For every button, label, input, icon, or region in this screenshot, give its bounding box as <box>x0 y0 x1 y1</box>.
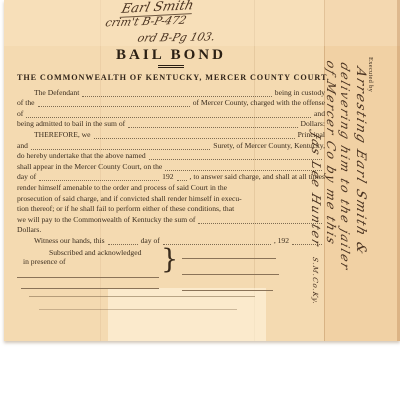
sheriff-title-abbrev: S.M.Co.Ky. <box>311 256 319 306</box>
form-line: tion thereof; or if he shall fail to per… <box>17 203 325 214</box>
title-rule <box>158 65 184 68</box>
printed-text: The Defendant <box>34 88 79 97</box>
return-script-line: delivering him to the jailer <box>338 61 353 306</box>
blank-fill-line <box>149 152 322 160</box>
printed-text: day of <box>141 236 160 245</box>
principal-signature-line <box>182 250 276 259</box>
brace-glyph: } <box>161 246 178 291</box>
form-line: andSurety, of Mercer County, Kentucky, <box>17 139 325 150</box>
printed-text: and <box>17 141 28 150</box>
sheriff-signature: Jas Lee Hunter <box>309 131 324 250</box>
subscribed-left: Subscribed and acknowledged in presence … <box>17 248 159 291</box>
scanned-document-page: Earl Smith crim't B-P-472 ord B-Pg 103. … <box>0 0 400 400</box>
form-line: prosecution of said charge, and if convi… <box>17 192 325 203</box>
printed-text: render himself amenable to the order and… <box>17 183 227 192</box>
bail-bond-form: BAIL BOND THE COMMONWEALTH OF KENTUCKY, … <box>17 47 325 310</box>
sheriffs-return-rotated: Executed by Arresting Earl Smith &delive… <box>299 55 400 303</box>
subscribed-block: Subscribed and acknowledged in presence … <box>17 248 325 291</box>
blank-fill-line <box>94 131 295 139</box>
court-header: THE COMMONWEALTH OF KENTUCKY, MERCER COU… <box>17 73 325 82</box>
form-line: THEREFORE, wePrincipal <box>17 128 325 139</box>
witness-signature-line <box>21 280 159 289</box>
printed-text: of the <box>17 98 35 107</box>
form-line: The Defendantbeing in custody <box>17 86 325 97</box>
form-line: shall appear in the Mercer County Court,… <box>17 160 325 171</box>
printed-text: shall appear in the Mercer County Court,… <box>17 162 162 171</box>
printed-text: we will pay to the Commonwealth of Kentu… <box>17 215 195 224</box>
printed-text: prosecution of said charge, and if convi… <box>17 194 242 203</box>
blank-fill-line <box>128 120 297 128</box>
surety-signature-line <box>182 266 279 275</box>
printed-text: being admitted to bail in the sum of <box>17 119 125 128</box>
executed-by-label: Executed by <box>367 57 374 303</box>
printed-text: day of <box>17 172 36 181</box>
blank-fill-line <box>177 173 187 181</box>
subscribed-text: Subscribed and acknowledged <box>49 248 159 257</box>
handwritten-order-reference: ord B-Pg 103. <box>136 30 217 44</box>
surety-signature-line <box>182 282 273 291</box>
extra-rule-line <box>29 296 255 297</box>
blank-fill-line <box>108 237 138 245</box>
return-script-lines: Arresting Earl Smith &delivering him to … <box>324 55 368 303</box>
extra-rule-line <box>39 309 237 310</box>
form-line: we will pay to the Commonwealth of Kentu… <box>17 213 325 224</box>
form-line: ofand <box>17 107 325 118</box>
blank-fill-line <box>26 110 311 118</box>
printed-text: THEREFORE, we <box>34 130 91 139</box>
printed-text: do hereby undertake that the above named <box>17 151 146 160</box>
blank-fill-line <box>39 173 159 181</box>
form-line: being admitted to bail in the sum ofDoll… <box>17 118 325 129</box>
form-line: of theof Mercer County, charged with the… <box>17 97 325 108</box>
blank-fill-line <box>31 142 210 150</box>
printed-text: 192 <box>162 172 173 181</box>
return-script-line: Arresting Earl Smith & <box>353 65 368 306</box>
printed-text: , 192 <box>274 236 289 245</box>
blank-fill-line <box>163 237 271 245</box>
paper-sheet: Earl Smith crim't B-P-472 ord B-Pg 103. … <box>4 0 400 341</box>
blank-fill-line <box>82 89 271 97</box>
printed-text: tion thereof; or if he shall fail to per… <box>17 204 234 213</box>
form-line: day of192, to answer said charge, and sh… <box>17 171 325 182</box>
signature-row: Jas Lee Hunter S.M.Co.Ky. <box>309 55 324 303</box>
witness-signature-line <box>17 269 159 278</box>
form-line: Dollars. <box>17 224 325 235</box>
form-body-lines: The Defendantbeing in custodyof theof Me… <box>17 86 325 245</box>
return-script-line: of Mercer Co by me this <box>324 59 339 306</box>
form-line: do hereby undertake that the above named <box>17 150 325 161</box>
presence-text: in presence of <box>23 257 159 266</box>
form-line: render himself amenable to the order and… <box>17 181 325 192</box>
blank-fill-line <box>38 99 190 107</box>
printed-text: Witness our hands, this <box>34 236 105 245</box>
form-title: BAIL BOND <box>17 47 325 64</box>
printed-text: Dollars. <box>17 225 41 234</box>
printed-text: of <box>17 109 23 118</box>
